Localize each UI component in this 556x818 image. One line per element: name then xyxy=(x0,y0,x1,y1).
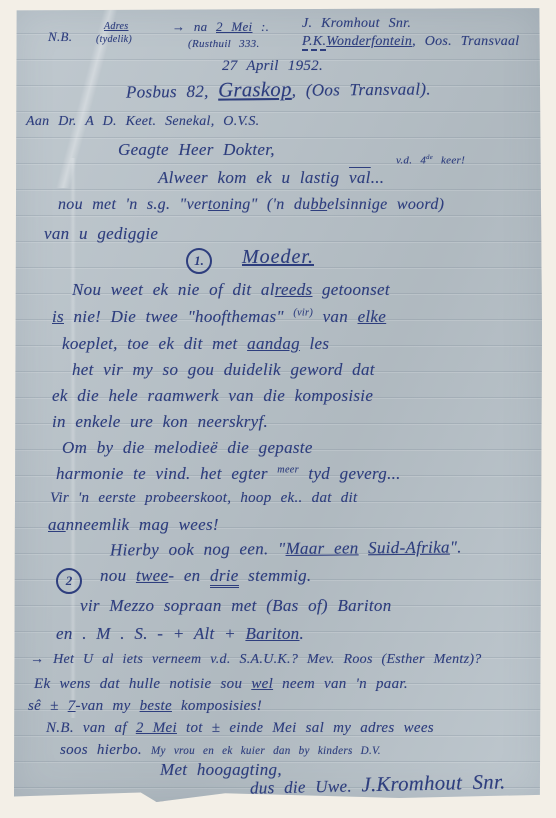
body-line: Om by die melodieë die gepaste xyxy=(62,438,313,458)
section-1-number: 1. xyxy=(186,248,212,274)
nb-annotation: N.B. xyxy=(48,30,72,45)
recipient-line: Aan Dr. A D. Keet. Senekal, O.V.S. xyxy=(26,114,259,130)
body-line: harmonie te vind. het egter meer tyd gev… xyxy=(56,464,401,484)
body-line: Vir 'n eerste probeerskoot, hoop ek.. da… xyxy=(50,490,358,507)
sender-postbox-line: Posbus 82, Graskop, (Oos Transvaal). xyxy=(126,77,431,104)
section-1-title: Moeder. xyxy=(242,246,314,269)
body-line: is nie! Die twee "hoofthemas" (vir) van … xyxy=(52,307,386,327)
letter-date: 27 April 1952. xyxy=(222,58,323,75)
body-line: ek die hele raamwerk van die komposisie xyxy=(52,386,373,406)
salutation: Geagte Heer Dokter, xyxy=(118,140,275,160)
letter-paper: N.B. Adres (tydelik) → na 2 Mei :. (Rust… xyxy=(14,8,542,802)
body-line-gediggie: van u gediggie xyxy=(44,224,158,244)
sender-name: J. Kromhout Snr. xyxy=(302,16,411,32)
signature-line: dus die Uwe. J.Kromhout Snr. xyxy=(250,771,506,800)
section-2-number: 2 xyxy=(56,568,82,594)
body-line: Ek wens dat hulle notisie sou wel neem v… xyxy=(34,676,408,693)
body-line: koeplet, toe ek dit met aandag les xyxy=(62,334,329,354)
body-line: nou twee- en drie stemmig. xyxy=(100,566,312,586)
fourth-time-note: v.d. 4de keer! xyxy=(396,154,465,167)
scanned-letter: N.B. Adres (tydelik) → na 2 Mei :. (Rust… xyxy=(0,0,556,818)
adres-note-bottom: (tydelik) xyxy=(96,34,132,46)
body-line-nb-address: N.B. van af 2 Mei tot ± einde Mei sal my… xyxy=(46,720,434,737)
body-line-soos-hierbo: soos hierbo. My vrou en ek kuier dan by … xyxy=(60,742,381,759)
body-line: in enkele ure kon neerskryf. xyxy=(52,412,268,432)
body-line-vertoning: nou met 'n s.g. "vertoning" ('n dubbelsi… xyxy=(58,196,444,214)
body-line-maar-een-suid-afrika: Hierby ook nog een. "Maar een Suid-Afrik… xyxy=(110,537,462,560)
body-line-voicing-2: en . M . S. - + Alt + Bariton. xyxy=(56,624,304,644)
body-line: aanneemlik mag wees! xyxy=(48,515,219,535)
sender-address: P.K.Wonderfontein, Oos. Transvaal xyxy=(302,34,520,50)
temporary-address-farm-note: (Rusthuil 333. xyxy=(188,38,260,51)
body-line: het vir my so gou duidelik geword dat xyxy=(72,360,375,380)
body-line: sê ± 7-van my beste komposisies! xyxy=(28,698,262,715)
body-line: Nou weet ek nie of dit alreeds getoonset xyxy=(72,280,390,300)
body-line-alweer: Alweer kom ek u lastig val... xyxy=(158,168,384,188)
body-line-voicing-1: vir Mezzo sopraan met (Bas of) Bariton xyxy=(80,596,392,616)
body-line-sauk-question: → Het U al iets verneem v.d. S.A.U.K.? M… xyxy=(30,652,482,668)
temporary-address-date-note: → na 2 Mei :. xyxy=(172,20,269,35)
adres-note-top: Adres xyxy=(104,21,128,33)
